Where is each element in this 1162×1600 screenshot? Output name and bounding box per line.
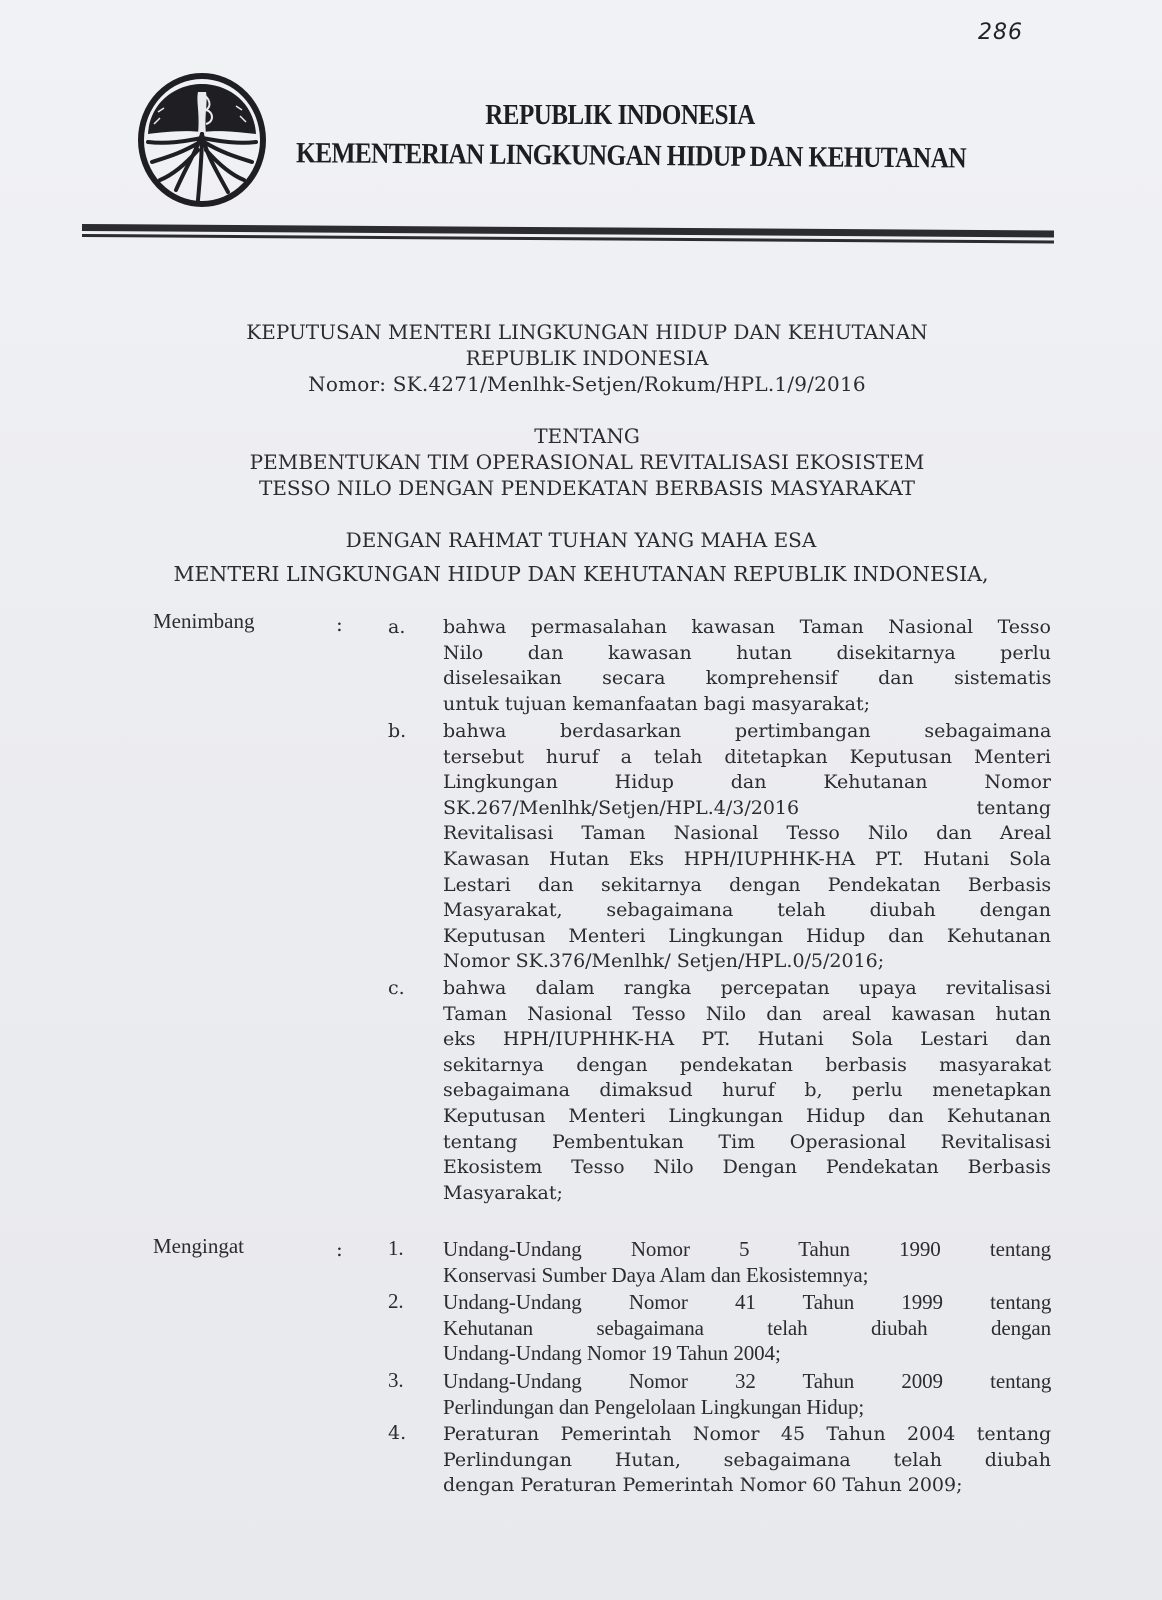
text-line: Perlindungan Hutan, sebagaimana telah di… <box>443 1448 1051 1474</box>
text-line: bahwa berdasarkan pertimbangan sebagaima… <box>443 719 1051 745</box>
blessing-line: DENGAN RAHMAT TUHAN YANG MAHA ESA <box>0 527 1162 553</box>
item-marker: b. <box>388 720 406 742</box>
minister-line: MENTERI LINGKUNGAN HIDUP DAN KEHUTANAN R… <box>0 561 1162 587</box>
text-line: Nilo dan kawasan hutan disekitarnya perl… <box>443 641 1051 667</box>
section-label-menimbang: Menimbang <box>153 609 254 634</box>
subject-line-1: PEMBENTUKAN TIM OPERASIONAL REVITALISASI… <box>12 449 1162 475</box>
text-line: Masyarakat; <box>443 1181 1051 1207</box>
consideration-item-c: bahwa dalam rangka percepatan upaya revi… <box>443 976 1051 1206</box>
consideration-item-a: bahwa permasalahan kawasan Taman Nasiona… <box>443 615 1051 717</box>
decree-subject: TENTANG PEMBENTUKAN TIM OPERASIONAL REVI… <box>0 423 1162 501</box>
item-marker: c. <box>388 977 405 999</box>
text-line: Keputusan Menteri Lingkungan Hidup dan K… <box>443 924 1051 950</box>
about-label: TENTANG <box>12 423 1162 449</box>
section-label-mengingat: Mengingat <box>153 1234 244 1259</box>
text-line: Perlindungan dan Pengelolaan Lingkungan … <box>443 1395 1051 1421</box>
text-line: Ekosistem Tesso Nilo Dengan Pendekatan B… <box>443 1155 1051 1181</box>
text-line: dengan Peraturan Pemerintah Nomor 60 Tah… <box>443 1473 1051 1499</box>
text-line: Peraturan Pemerintah Nomor 45 Tahun 2004… <box>443 1422 1051 1448</box>
ministry-tree-logo-icon <box>136 72 268 208</box>
item-marker: 2. <box>388 1289 404 1314</box>
legal-basis-item-1: Undang-Undang Nomor 5 Tahun 1990 tentang… <box>443 1237 1051 1288</box>
text-line: Masyarakat, sebagaimana telah diubah den… <box>443 898 1051 924</box>
text-line: Taman Nasional Tesso Nilo dan areal kawa… <box>443 1002 1051 1028</box>
consideration-item-b: bahwa berdasarkan pertimbangan sebagaima… <box>443 719 1051 975</box>
legal-basis-item-3: Undang-Undang Nomor 32 Tahun 2009 tentan… <box>443 1369 1051 1420</box>
document-page: 286 REPUBLIK INDONESIA KEMENTERIAN LINGK… <box>0 0 1162 1600</box>
text-line: Undang-Undang Nomor 32 Tahun 2009 tentan… <box>443 1369 1051 1395</box>
section-colon: : <box>336 612 343 636</box>
text-line: bahwa dalam rangka percepatan upaya revi… <box>443 976 1051 1002</box>
text-line: sebagaimana dimaksud huruf b, perlu mene… <box>443 1078 1051 1104</box>
text-line: Kawasan Hutan Eks HPH/IUPHHK-HA PT. Huta… <box>443 847 1051 873</box>
text-line: Nomor SK.376/Menlhk/ Setjen/HPL.0/5/2016… <box>443 949 1051 975</box>
legal-basis-item-4: Peraturan Pemerintah Nomor 45 Tahun 2004… <box>443 1422 1051 1499</box>
decree-number: Nomor: SK.4271/Menlhk-Setjen/Rokum/HPL.1… <box>12 371 1162 397</box>
section-colon: : <box>336 1237 343 1261</box>
text-line: eks HPH/IUPHHK-HA PT. Hutani Sola Lestar… <box>443 1027 1051 1053</box>
text-line: Undang-Undang Nomor 41 Tahun 1999 tentan… <box>443 1290 1051 1316</box>
text-line: Lingkungan Hidup dan Kehutanan Nomor <box>443 770 1051 796</box>
letterhead-country: REPUBLIK INDONESIA <box>0 100 1162 131</box>
text-line: Undang-Undang Nomor 19 Tahun 2004; <box>443 1341 1051 1367</box>
text-line: sekitarnya dengan pendekatan berbasis ma… <box>443 1053 1051 1079</box>
text-line: tersebut huruf a telah ditetapkan Keputu… <box>443 745 1051 771</box>
letterhead-ministry: KEMENTERIAN LINGKUNGAN HIDUP DAN KEHUTAN… <box>296 136 996 176</box>
item-marker: 1. <box>388 1236 404 1261</box>
text-line: Konservasi Sumber Daya Alam dan Ekosiste… <box>443 1263 1051 1289</box>
item-marker: 4. <box>388 1422 406 1444</box>
item-marker: 3. <box>388 1368 404 1393</box>
text-line: Revitalisasi Taman Nasional Tesso Nilo d… <box>443 821 1051 847</box>
decree-heading: KEPUTUSAN MENTERI LINGKUNGAN HIDUP DAN K… <box>12 319 1162 345</box>
text-line: Keputusan Menteri Lingkungan Hidup dan K… <box>443 1104 1051 1130</box>
item-marker: a. <box>388 616 405 638</box>
text-line: bahwa permasalahan kawasan Taman Nasiona… <box>443 615 1051 641</box>
subject-line-2: TESSO NILO DENGAN PENDEKATAN BERBASIS MA… <box>12 475 1162 501</box>
text-line: SK.267/Menlhk/Setjen/HPL.4/3/2016 tentan… <box>443 796 1051 822</box>
handwritten-page-note: 286 <box>978 20 1023 45</box>
decree-republic: REPUBLIK INDONESIA <box>12 345 1162 371</box>
legal-basis-item-2: Undang-Undang Nomor 41 Tahun 1999 tentan… <box>443 1290 1051 1367</box>
text-line: Kehutanan sebagaimana telah diubah denga… <box>443 1316 1051 1342</box>
decree-title: KEPUTUSAN MENTERI LINGKUNGAN HIDUP DAN K… <box>0 319 1162 397</box>
text-line: Undang-Undang Nomor 5 Tahun 1990 tentang <box>443 1237 1051 1263</box>
text-line: diselesaikan secara komprehensif dan sis… <box>443 666 1051 692</box>
text-line: tentang Pembentukan Tim Operasional Revi… <box>443 1130 1051 1156</box>
text-line: Lestari dan sekitarnya dengan Pendekatan… <box>443 873 1051 899</box>
text-line: untuk tujuan kemanfaatan bagi masyarakat… <box>443 692 1051 718</box>
